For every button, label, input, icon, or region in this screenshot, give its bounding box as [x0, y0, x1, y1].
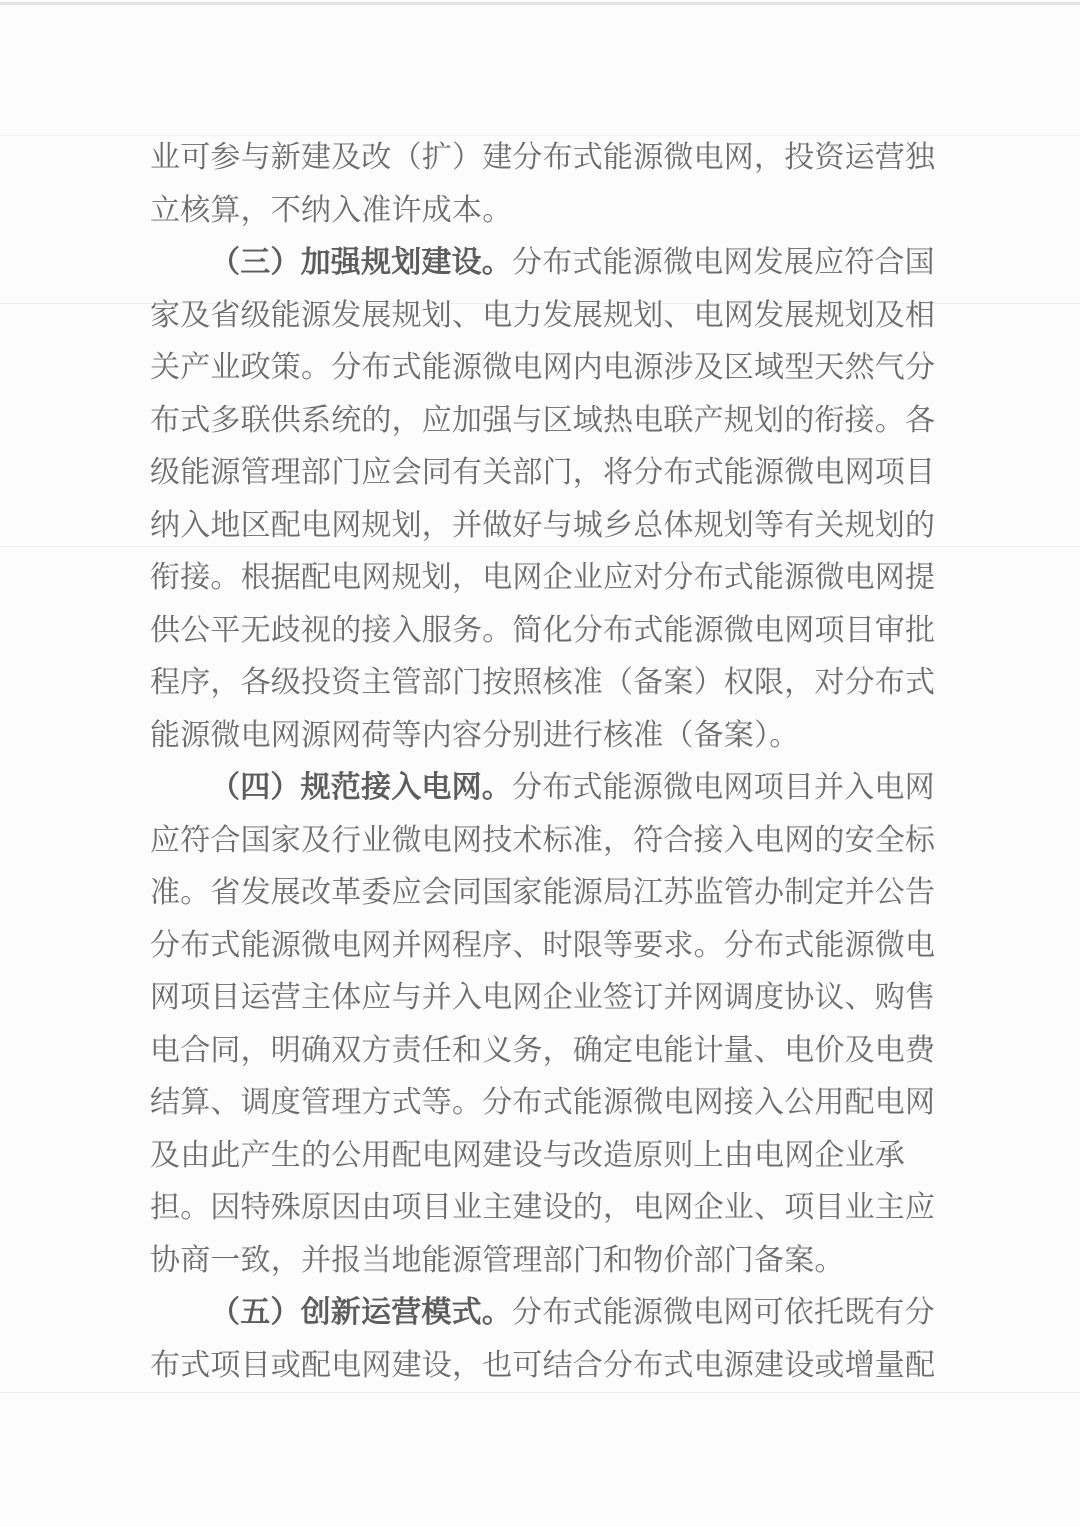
- text-line: 衔接。根据配电网规划，电网企业应对分布式能源微电网提: [150, 552, 940, 605]
- text-line: （五）创新运营模式。分布式能源微电网可依托既有分: [150, 1287, 940, 1340]
- text-line: （三）加强规划建设。分布式能源微电网发展应符合国: [150, 237, 940, 290]
- text-line: （四）规范接入电网。分布式能源微电网项目并入电网: [150, 762, 940, 815]
- text-line: 协商一致，并报当地能源管理部门和物价部门备案。: [150, 1235, 940, 1288]
- text-line: 应符合国家及行业微电网技术标准，符合接入电网的安全标: [150, 815, 940, 868]
- text-line: 家及省级能源发展规划、电力发展规划、电网发展规划及相: [150, 290, 940, 343]
- text-line: 准。省发展改革委应会同国家能源局江苏监管办制定并公告: [150, 867, 940, 920]
- paragraph-section-3: （三）加强规划建设。分布式能源微电网发展应符合国 家及省级能源发展规划、电力发展…: [150, 237, 940, 762]
- text-line: 布式多联供系统的，应加强与区域热电联产规划的衔接。各: [150, 395, 940, 448]
- section-heading: （五）创新运营模式。: [210, 1296, 512, 1329]
- text-line: 结算、调度管理方式等。分布式能源微电网接入公用配电网: [150, 1077, 940, 1130]
- scanned-document-page: 业可参与新建及改（扩）建分布式能源微电网，投资运营独 立核算，不纳入准许成本。 …: [0, 0, 1080, 1527]
- text-line: 网项目运营主体应与并入电网企业签订并网调度协议、购售: [150, 972, 940, 1025]
- scan-artifact-line: [0, 1392, 1080, 1393]
- paragraph-section-5: （五）创新运营模式。分布式能源微电网可依托既有分 布式项目或配电网建设，也可结合…: [150, 1287, 940, 1392]
- text-run: 分布式能源微电网可依托既有分: [512, 1296, 935, 1329]
- text-line: 纳入地区配电网规划，并做好与城乡总体规划等有关规划的: [150, 500, 940, 553]
- document-body: 业可参与新建及改（扩）建分布式能源微电网，投资运营独 立核算，不纳入准许成本。 …: [150, 132, 940, 1392]
- text-line: 及由此产生的公用配电网建设与改造原则上由电网企业承: [150, 1130, 940, 1183]
- text-line: 分布式能源微电网并网程序、时限等要求。分布式能源微电: [150, 920, 940, 973]
- text-run: 分布式能源微电网项目并入电网: [512, 771, 935, 804]
- paragraph-continuation: 业可参与新建及改（扩）建分布式能源微电网，投资运营独 立核算，不纳入准许成本。: [150, 132, 940, 237]
- text-line: 电合同，明确双方责任和义务，确定电能计量、电价及电费: [150, 1025, 940, 1078]
- text-line: 级能源管理部门应会同有关部门，将分布式能源微电网项目: [150, 447, 940, 500]
- section-heading: （三）加强规划建设。: [210, 246, 512, 279]
- text-line: 立核算，不纳入准许成本。: [150, 185, 940, 238]
- text-line: 供公平无歧视的接入服务。简化分布式能源微电网项目审批: [150, 605, 940, 658]
- text-line: 布式项目或配电网建设，也可结合分布式电源建设或增量配: [150, 1340, 940, 1393]
- text-line: 担。因特殊原因由项目业主建设的，电网企业、项目业主应: [150, 1182, 940, 1235]
- text-line: 业可参与新建及改（扩）建分布式能源微电网，投资运营独: [150, 132, 940, 185]
- text-line: 关产业政策。分布式能源微电网内电源涉及区域型天然气分: [150, 342, 940, 395]
- section-heading: （四）规范接入电网。: [210, 771, 512, 804]
- paragraph-section-4: （四）规范接入电网。分布式能源微电网项目并入电网 应符合国家及行业微电网技术标准…: [150, 762, 940, 1287]
- text-run: 分布式能源微电网发展应符合国: [512, 246, 935, 279]
- scan-artifact-line: [0, 2, 1080, 5]
- text-line: 能源微电网源网荷等内容分别进行核准（备案）。: [150, 710, 940, 763]
- text-line: 程序，各级投资主管部门按照核准（备案）权限，对分布式: [150, 657, 940, 710]
